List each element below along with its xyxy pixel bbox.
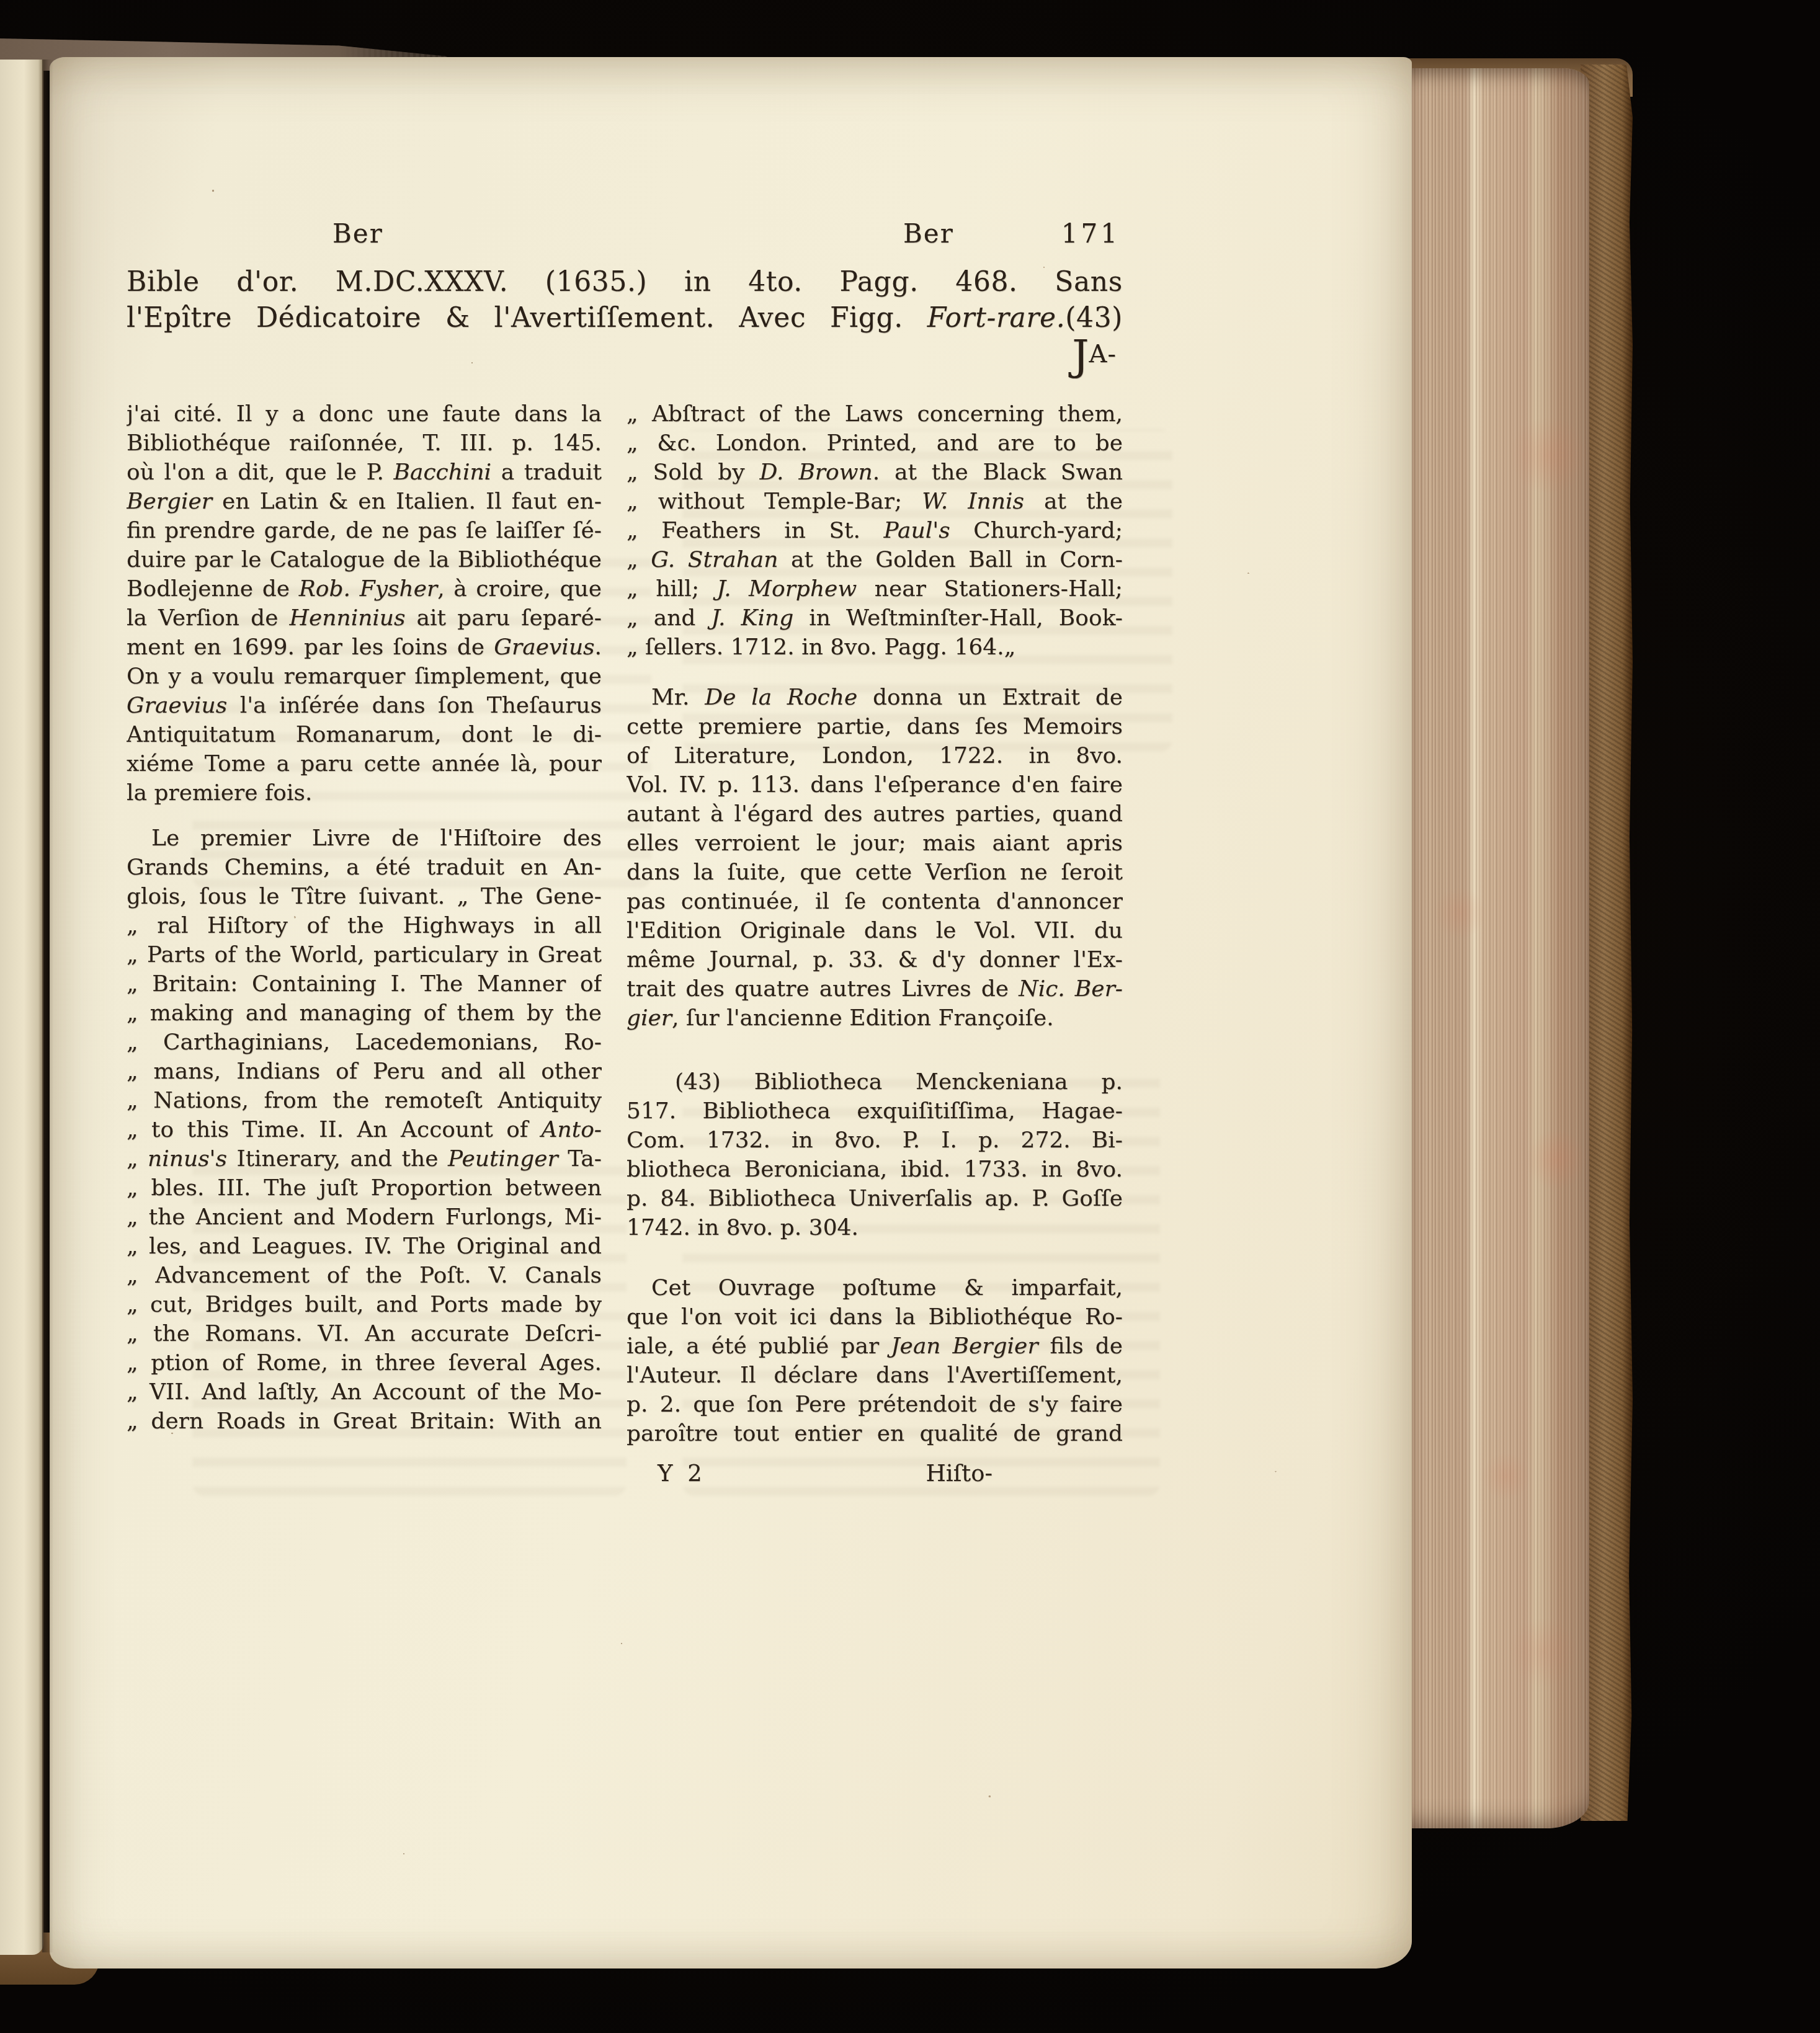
text-segment: „ and [627,605,711,631]
text-line: l'Epître Dédicatoire & l'Avertiſſement. … [127,300,1123,336]
text-segment: „ cut, Bridges built, and Ports made by [127,1292,602,1317]
text-segment: „ Carthaginians, Lacedemonians, Ro- [127,1030,602,1055]
text-line: „ ſellers. 1712. in 8vo. Pagg. 164.„ [627,633,1123,662]
text-line: où l'on a dit, que le P. Bacchini a trad… [127,458,602,487]
text-line: „ and J. King in Weſtminſter-Hall, Book- [627,603,1123,633]
text-line: „ without Temple-Bar; W. Innis at the [627,487,1123,516]
text-line: „ dern Roads in Great Britain: With an [127,1407,602,1436]
text-line: Bible d'or. M.DC.XXXV. (1635.) in 4to. P… [127,264,1123,300]
text-line: „ Abſtract of the Laws concerning them, [627,399,1123,429]
text-segment: donna un Extrait de [857,685,1123,710]
text-columns: j'ai cité. Il y a donc une faute dans la… [127,399,1123,1489]
text-line: que l'on voit ici dans la Bibliothéque R… [627,1302,1123,1332]
text-line: „ the Romans. VI. An accurate Deſcri- [127,1319,602,1348]
text-segment: „ ral Hiſtory of the Highways in all [127,913,602,938]
running-title-left: Ber [332,218,383,249]
text-segment: l'Edition Originale dans le Vol. VII. du [627,918,1123,943]
text-segment: trait des quatre autres Livres de [627,976,1019,1002]
text-line: paroître tout entier en qualité de grand [627,1419,1123,1448]
text-line: pas continuée, il ſe contenta d'annoncer [627,887,1123,916]
page-header: Ber Ber 171 [127,218,1123,254]
text-segment: la Verſion de [127,605,290,631]
text-segment-italic: Peutinger [448,1146,558,1172]
text-line: iale, a été publié par Jean Bergier fils… [627,1332,1123,1361]
text-segment: ait paru ſeparé- [406,605,602,631]
text-segment: „ making and managing of them by the [127,1000,602,1026]
text-segment: l'Epître Dédicatoire & l'Avertiſſement. … [127,302,927,334]
text-segment: „ Sold by [627,460,760,485]
text-segment: en Latin & en Italien. Il faut en- [212,489,602,514]
text-segment: . at the Black Swan [873,460,1123,485]
text-segment: „ to this Time. II. An Account of [127,1117,542,1142]
text-segment-italic: D. Brown [760,460,873,485]
text-segment: at the Golden Ball in Corn- [778,547,1123,572]
text-line: „ G. Strahan at the Golden Ball in Corn- [627,545,1123,574]
gutter-crease [42,60,53,1952]
text-line: „ making and managing of them by the [127,999,602,1028]
text-line: „ ral Hiſtory of the Highways in all [127,911,602,940]
text-segment: autant à l'égard des autres parties, qua… [627,801,1123,827]
text-segment-italic: Bergier [127,489,212,514]
text-segment: „ Parts of the World, particulary in Gre… [127,942,602,968]
text-line: Antiquitatum Romanarum, dont le di- [127,720,602,749]
text-segment-italic: G. Strahan [651,547,778,572]
text-line: même Journal, p. 33. & d'y donner l'Ex- [627,945,1123,974]
text-line: p. 2. que ſon Pere prétendoit de s'y fai… [627,1390,1123,1419]
text-segment: Bodlejenne de [127,576,299,602]
text-segment-italic: Nic. Ber- [1019,976,1123,1002]
text-line: la Verſion de Henninius ait paru ſeparé- [127,603,602,633]
text-segment: p. 84. Bibliotheca Univerſalis ap. P. Go… [627,1186,1123,1211]
text-line: of Literature, London, 1722. in 8vo. [627,741,1123,770]
text-line: l'Auteur. Il déclare dans l'Avertiſſemen… [627,1361,1123,1390]
text-segment: „ Britain: Containing I. The Manner of [127,971,602,997]
text-line: fin prendre garde, de ne pas ſe laiſſer … [127,516,602,545]
text-line: „ hill; J. Morphew near Stationers-Hall; [627,574,1123,603]
signature-mark: Y 2 [658,1458,706,1489]
text-segment: On y a voulu remarquer ſimplement, que [127,664,602,689]
text-segment: xiéme Tome a paru cette année là, pour [127,751,602,776]
text-segment-italic: W. Innis [922,489,1024,514]
text-line: autant à l'égard des autres parties, qua… [627,799,1123,829]
text-segment-italic: J. King [711,605,793,631]
text-line: „ Parts of the World, particulary in Gre… [127,940,602,969]
text-line: dans la ſuite, que cette Verſion ne ſero… [627,858,1123,887]
text-line: Mr. De la Roche donna un Extrait de [627,683,1123,712]
text-line: glois, ſous le Tître ſuivant. „ The Gene… [127,882,602,911]
text-segment: glois, ſous le Tître ſuivant. „ The Gene… [127,884,602,909]
text-segment: „ [127,1146,148,1172]
page-number: 171 [1061,218,1120,249]
text-segment-italic: Graevius [127,693,227,718]
text-segment: j'ai cité. Il y a donc une faute dans la [127,401,602,427]
text-segment: „ the Romans. VI. An accurate Deſcri- [127,1321,602,1346]
text-segment: l'a inſérée dans ſon Theſaurus [227,693,602,718]
facing-page-sliver [0,60,43,1955]
text-segment: la premiere fois. [127,780,312,806]
text-segment: que l'on voit ici dans la Bibliothéque R… [627,1304,1123,1330]
text-line: la premiere fois. [127,778,602,807]
text-line: „ les, and Leagues. IV. The Original and [127,1232,602,1261]
text-segment: même Journal, p. 33. & d'y donner l'Ex- [627,947,1123,972]
text-line: xiéme Tome a paru cette année là, pour [127,749,602,778]
text-segment: „ mans, Indians of Peru and all other [127,1059,602,1084]
text-segment: duire par le Catalogue de la Bibliothéqu… [127,547,602,572]
text-segment-italic: Graevius [494,634,594,660]
text-segment-italic: J. Morphew [717,576,857,602]
text-line: „ &c. London. Printed, and are to be [627,429,1123,458]
text-segment: où l'on a dit, que le P. [127,460,393,485]
text-segment: „ Nations, from the remoteſt Antiquity [127,1088,602,1113]
text-segment: elles verroient le jour; mais aiant apri… [627,830,1123,856]
text-segment: Mr. [651,685,705,710]
text-segment: „ bles. III. The juſt Proportion between [127,1175,602,1201]
text-line: „ mans, Indians of Peru and all other [127,1057,602,1086]
text-segment: „ hill; [627,576,717,602]
text-line: „ Feathers in St. Paul's Church-yard; [627,516,1123,545]
text-column-left: j'ai cité. Il y a donc une faute dans la… [127,399,602,1489]
text-segment: cette premiere partie, dans ſes Memoirs [627,714,1123,739]
text-segment: 1742. in 8vo. p. 304. [627,1215,859,1240]
text-segment: „ the Ancient and Modern Furlongs, Mi- [127,1204,602,1230]
text-segment: ment en 1699. par les ſoins de [127,634,494,660]
drop-initial: J [1072,331,1089,380]
text-line: elles verroient le jour; mais aiant apri… [627,829,1123,858]
text-line: „ cut, Bridges built, and Ports made by [127,1290,602,1319]
text-line: Cet Ouvrage poſtume & imparfait, [627,1273,1123,1302]
text-segment: „ Advancement of the Poſt. V. Canals [127,1263,602,1288]
text-segment: Itinerary, and the [227,1146,448,1172]
text-segment: (43) [1065,302,1123,334]
text-line: „ Sold by D. Brown. at the Black Swan [627,458,1123,487]
text-segment: „ [627,547,651,572]
text-segment: of Literature, London, 1722. in 8vo. [627,743,1123,768]
text-segment: paroître tout entier en qualité de grand [627,1421,1123,1446]
text-line: Bergier en Latin & en Italien. Il faut e… [127,487,602,516]
text-segment: bliotheca Beroniciana, ibid. 1733. in 8v… [627,1157,1123,1182]
text-line: „ Nations, from the remoteſt Antiquity [127,1086,602,1115]
text-segment: Church-yard; [950,518,1123,543]
text-line: Bodlejenne de Rob. Fysher, à croire, que [127,574,602,603]
text-segment: Grands Chemins, a été traduit en An- [127,855,602,880]
bottom-catchword: Hiſto- [926,1458,993,1489]
text-segment: (43) Bibliotheca Menckeniana p. [675,1069,1123,1095]
text-segment-italic: Paul's [884,518,950,543]
text-line: j'ai cité. Il y a donc une faute dans la [127,399,602,429]
text-segment-italic: Rob. Fysher [299,576,437,602]
photo-background: { "colors":{"paper":"#f1ebd5","ink":"#2b… [0,0,1820,2033]
text-line: „ to this Time. II. An Account of Anto- [127,1115,602,1144]
intro-paragraph: Bible d'or. M.DC.XXXV. (1635.) in 4to. P… [127,264,1123,336]
text-segment: fin prendre garde, de ne pas ſe laiſſer … [127,518,602,543]
text-segment: Ta- [558,1146,602,1172]
text-segment: in Weſtminſter-Hall, Book- [793,605,1123,631]
text-segment-italic: ninus's [148,1146,227,1172]
text-line: „ ninus's Itinerary, and the Peutinger T… [127,1144,602,1173]
text-line: „ the Ancient and Modern Furlongs, Mi- [127,1203,602,1232]
text-segment: . [595,634,602,660]
text-segment: Bible d'or. M.DC.XXXV. (1635.) in 4to. P… [127,266,1123,298]
text-line: „ bles. III. The juſt Proportion between [127,1173,602,1203]
running-title-right: Ber [903,218,954,249]
text-segment: p. 2. que ſon Pere prétendoit de s'y fai… [627,1392,1123,1417]
text-line: duire par le Catalogue de la Bibliothéqu… [127,545,602,574]
text-segment-italic: Anto- [542,1117,602,1142]
text-line: ment en 1699. par les ſoins de Graevius. [127,633,602,662]
text-line: „ Carthaginians, Lacedemonians, Ro- [127,1028,602,1057]
text-segment: at the [1024,489,1123,514]
text-line: bliotheca Beroniciana, ibid. 1733. in 8v… [627,1155,1123,1184]
text-segment: „ dern Roads in Great Britain: With an [127,1408,602,1434]
text-segment: Com. 1732. in 8vo. P. I. p. 272. Bi- [627,1128,1123,1153]
text-segment: , à croire, que [437,576,602,602]
text-line: 1742. in 8vo. p. 304. [627,1213,1123,1242]
text-segment: Bibliothéque raiſonnée, T. III. p. 145. [127,430,602,456]
text-line: p. 84. Bibliotheca Univerſalis ap. P. Go… [627,1184,1123,1213]
text-segment: a traduit [491,460,602,485]
text-line: 517. Bibliotheca exquiſitiſſima, Hagae- [627,1097,1123,1126]
printed-text-area: Ber Ber 171 Bible d'or. M.DC.XXXV. (1635… [127,218,1123,1489]
text-segment-italic: Henninius [290,605,406,631]
text-segment: „ without Temple-Bar; [627,489,922,514]
top-catchword: JA- [127,337,1123,378]
text-line: l'Edition Originale dans le Vol. VII. du [627,916,1123,945]
text-segment: 517. Bibliotheca exquiſitiſſima, Hagae- [627,1098,1123,1124]
text-line: „ VII. And laſtly, An Account of the Mo- [127,1377,602,1407]
text-segment: Le premier Livre de l'Hiſtoire des [151,825,602,851]
fore-edge-page-block [1404,68,1589,1828]
text-segment: , ſur l'ancienne Edition Françoiſe. [672,1005,1054,1031]
text-segment: pas continuée, il ſe contenta d'annoncer [627,889,1123,914]
text-segment: dans la ſuite, que cette Verſion ne ſero… [627,860,1123,885]
text-segment: „ Abſtract of the Laws concerning them, [627,401,1123,427]
text-line: Bibliothéque raiſonnée, T. III. p. 145. [127,429,602,458]
text-segment: iale, a été publié par [627,1333,891,1359]
text-segment: Cet Ouvrage poſtume & imparfait, [651,1275,1123,1301]
text-line: Graevius l'a inſérée dans ſon Theſaurus [127,691,602,720]
text-segment-italic: Fort-rare. [927,302,1066,334]
text-segment-italic: De la Roche [705,685,857,710]
text-line: Vol. IV. p. 113. dans l'eſperance d'en f… [627,770,1123,799]
text-segment-italic: gier [627,1005,672,1031]
text-segment: l'Auteur. Il déclare dans l'Avertiſſemen… [627,1363,1123,1388]
text-segment: „ VII. And laſtly, An Account of the Mo- [127,1379,602,1405]
signature-row: Y 2 Hiſto- [627,1458,1123,1489]
text-segment: near Stationers-Hall; [857,576,1123,602]
top-catchword-rest: A- [1089,340,1117,368]
text-segment: Antiquitatum Romanarum, dont le di- [127,722,602,747]
text-line: „ Britain: Containing I. The Manner of [127,969,602,999]
text-segment-italic: Bacchini [393,460,491,485]
text-line: Le premier Livre de l'Hiſtoire des [127,824,602,853]
text-line: Com. 1732. in 8vo. P. I. p. 272. Bi- [627,1126,1123,1155]
text-segment-italic: Jean Bergier [891,1333,1038,1359]
text-line: (43) Bibliotheca Menckeniana p. [627,1067,1123,1097]
text-segment: „ ption of Rome, in three ſeveral Ages. [127,1350,602,1376]
text-segment: fils de [1038,1333,1123,1359]
text-line: On y a voulu remarquer ſimplement, que [127,662,602,691]
text-line: trait des quatre autres Livres de Nic. B… [627,974,1123,1003]
text-segment: „ Feathers in St. [627,518,884,543]
text-segment: „ ſellers. 1712. in 8vo. Pagg. 164.„ [627,634,1015,660]
text-column-right: „ Abſtract of the Laws concerning them,„… [627,399,1123,1489]
text-segment: „ les, and Leagues. IV. The Original and [127,1234,602,1259]
text-segment: Vol. IV. p. 113. dans l'eſperance d'en f… [627,772,1123,798]
text-line: cette premiere partie, dans ſes Memoirs [627,712,1123,741]
text-line: „ ption of Rome, in three ſeveral Ages. [127,1348,602,1377]
text-line: „ Advancement of the Poſt. V. Canals [127,1261,602,1290]
text-line: Grands Chemins, a été traduit en An- [127,853,602,882]
text-segment: „ &c. London. Printed, and are to be [627,430,1123,456]
text-line: gier, ſur l'ancienne Edition Françoiſe. [627,1003,1123,1033]
